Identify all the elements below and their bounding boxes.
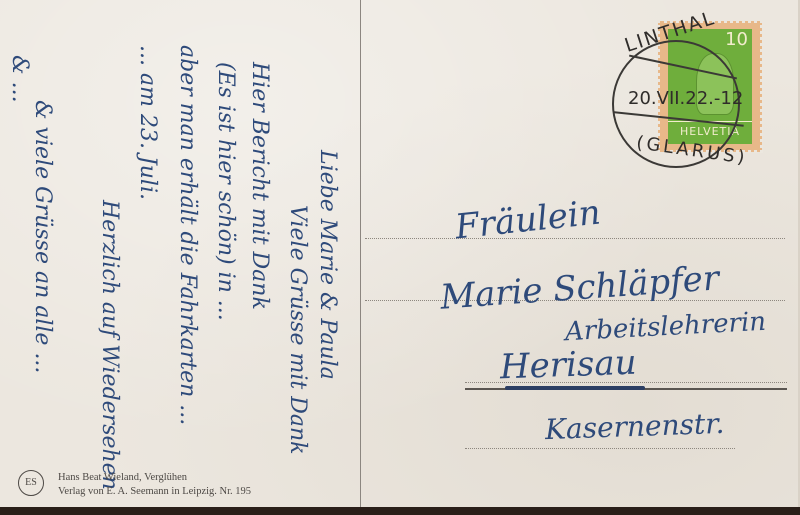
- message-line: & ...: [7, 55, 32, 103]
- message-line: aber man erhält die Fahrkarten ...: [175, 45, 200, 425]
- message-line: & viele Grüsse an alle ...: [30, 100, 55, 373]
- message-line: Hier Bericht mit Dank: [247, 62, 272, 310]
- ink-underline: [505, 386, 645, 390]
- address-line-street: Kasernenstr.: [544, 407, 724, 446]
- message-line: Viele Grüsse mit Dank: [285, 205, 310, 454]
- imprint-publisher: Verlag von E. A. Seemann in Leipzig. Nr.…: [58, 486, 251, 497]
- publisher-logo-icon: ES: [18, 470, 44, 496]
- address-line-town: Herisau: [499, 343, 637, 388]
- message-line: ... am 23. Juli.: [135, 45, 160, 200]
- message-line: Herzlich auf Wiedersehen: [97, 200, 122, 490]
- address-line-4: [465, 448, 735, 449]
- address-line-1: [365, 238, 785, 239]
- scan-edge: [0, 507, 800, 515]
- message-line: (Es ist hier schön) in ...: [213, 62, 238, 321]
- imprint-title: Hans Beat Wieland, Verglühen: [58, 472, 187, 483]
- stamp-value: 10: [725, 29, 748, 50]
- postmark-date: 20.VII.22.-12: [628, 88, 743, 109]
- address-line-salutation: Fräulein: [453, 192, 602, 247]
- postcard-back: 10 HELVETIA LINTHAL 20.VII.22.-12 (GLARU…: [0, 0, 800, 507]
- center-divider: [360, 0, 361, 507]
- address-line-occupation: Arbeitslehrerin: [564, 307, 766, 347]
- message-line: Liebe Marie & Paula: [315, 150, 340, 380]
- address-line-name: Marie Schläpfer: [439, 258, 720, 317]
